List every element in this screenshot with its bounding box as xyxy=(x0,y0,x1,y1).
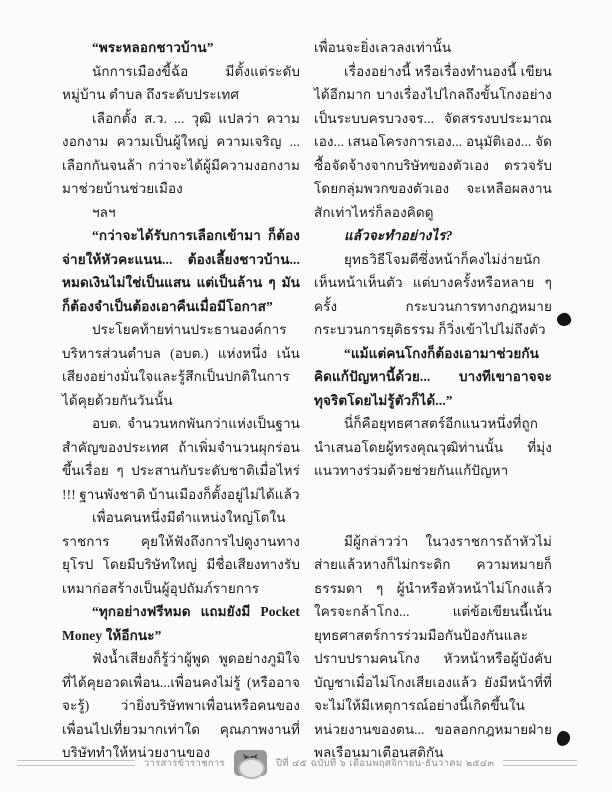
paragraph: “แม้แต่คนโกงก็ต้องเอามาช่วยกันคิดแก้ปัญห… xyxy=(314,342,552,413)
paragraph: เพื่อนคนหนึ่งมีตำแหน่งใหญ่โตในราชการ คุย… xyxy=(62,506,300,600)
scanned-document-page: “พระหลอกชาวบ้าน”นักการเมืองขี้ฉ้อ มีตั้ง… xyxy=(0,0,612,792)
paragraph-spacer xyxy=(314,483,552,530)
ink-smudge-artifact xyxy=(556,312,572,328)
badge-circle-ornament xyxy=(238,758,265,779)
journal-name: วารสารข้าราชการ xyxy=(144,756,225,771)
paragraph: ประโยคท้ายท่านประธานองค์การบริหารส่วนตำบ… xyxy=(62,318,300,412)
paragraph: ฯลฯ xyxy=(62,201,300,225)
paragraph: อบต. จำนวนหกพันกว่าแห่งเป็นฐานสำคัญของปร… xyxy=(62,412,300,506)
paragraph: เลือกตั้ง ส.ว. ... วุฒิ แปลว่า ความงอกงา… xyxy=(62,107,300,201)
footer-rule-right xyxy=(503,760,577,766)
ink-smudge-artifact xyxy=(556,730,571,747)
footer-rule-left xyxy=(17,760,135,766)
left-column: “พระหลอกชาวบ้าน”นักการเมืองขี้ฉ้อ มีตั้ง… xyxy=(62,36,300,765)
article-body: “พระหลอกชาวบ้าน”นักการเมืองขี้ฉ้อ มีตั้ง… xyxy=(62,36,552,765)
paragraph: เรื่องอย่างนี้ หรือเรื่องทำนองนี้ เขียนไ… xyxy=(314,60,552,225)
paragraph: นักการเมืองขี้ฉ้อ มีตั้งแต่ระดับหมู่บ้าน… xyxy=(62,60,300,107)
paragraph: “พระหลอกชาวบ้าน” xyxy=(62,36,300,60)
right-column: เพื่อนจะยิ่งเลวลงเท่านั้นเรื่องอย่างนี้ … xyxy=(314,36,552,765)
paragraph: มีผู้กล่าวว่า ในวงราชการถ้าหัวไม่ส่ายแล้… xyxy=(314,530,552,765)
paragraph: นี่ก็คือยุทธศาสตร์อีกแนวหนึ่งที่ถูกนำเสน… xyxy=(314,412,552,483)
paragraph: “ทุกอย่างฟรีหมด แถมยังมี Pocket Money ให… xyxy=(62,600,300,647)
paragraph: แล้วจะทำอย่างไร? xyxy=(314,224,552,248)
page-footer: วารสารข้าราชการ ๖๘ ปีที่ ๔๕ ฉบับที่ ๖ เด… xyxy=(0,746,594,780)
page-number-badge: ๖๘ xyxy=(234,750,267,776)
paragraph: เพื่อนจะยิ่งเลวลงเท่านั้น xyxy=(314,36,552,60)
issue-info: ปีที่ ๔๕ ฉบับที่ ๖ เดือนพฤศจิกายน-ธันวาค… xyxy=(276,756,494,771)
paragraph: ยุทธวิธีโจมตีซึ่งหน้าก็คงไม่ง่ายนัก เห็น… xyxy=(314,248,552,342)
paragraph: “กว่าจะได้รับการเลือกเข้ามา ก็ต้องจ่ายให… xyxy=(62,224,300,318)
